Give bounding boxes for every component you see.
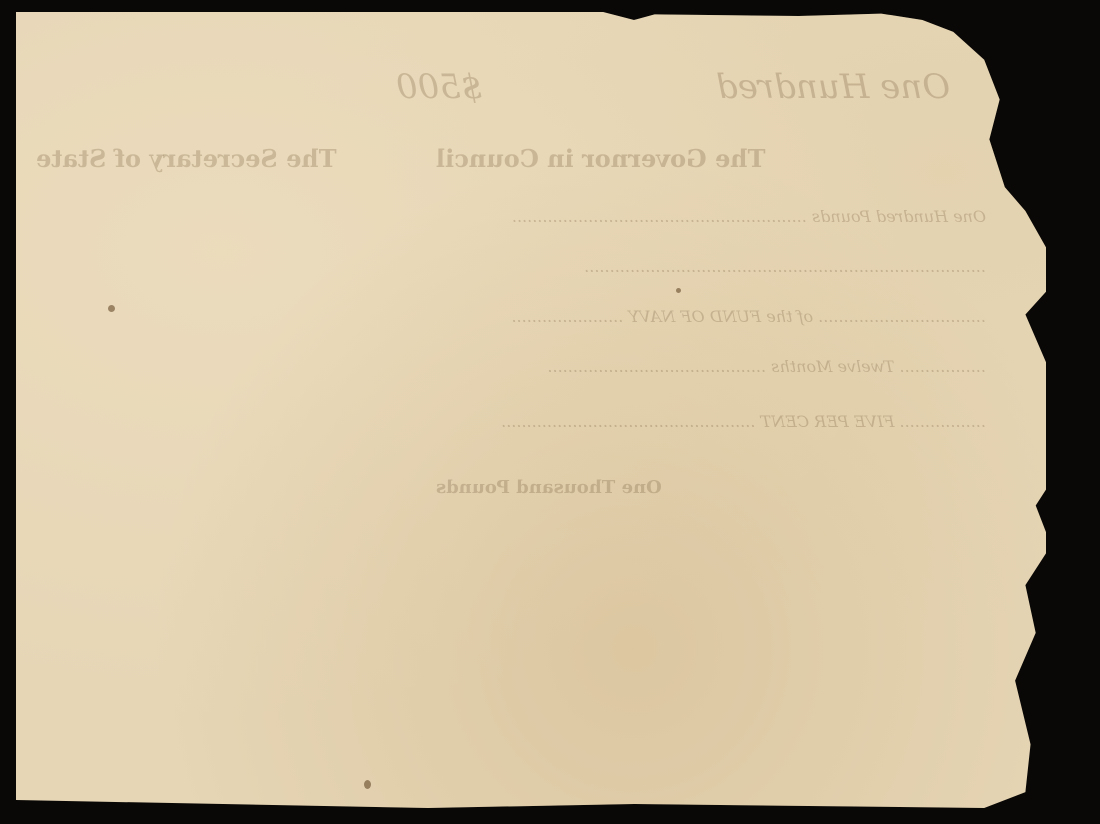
document-paper: One Hundred $500 The Secretary of State … xyxy=(16,12,1046,808)
body-line: ................................. of the… xyxy=(511,307,986,326)
bleed-through-text: One Hundred $500 The Secretary of State … xyxy=(16,12,1046,808)
body-line: ................. FIVE PER CENT ........… xyxy=(501,412,986,431)
ink-spot xyxy=(108,305,115,312)
amount-right: $500 xyxy=(396,67,483,107)
body-line: One Hundred Pounds .....................… xyxy=(512,207,986,226)
body-line: ........................................… xyxy=(584,257,986,276)
ink-spot xyxy=(364,780,371,789)
ink-spot xyxy=(676,288,681,293)
heading-right: The Governor in Council xyxy=(436,144,766,173)
amount-left: One Hundred xyxy=(716,67,950,107)
signature-line: One Thousand Pounds xyxy=(436,477,662,498)
body-line: ................. Twelve Months ........… xyxy=(547,357,986,376)
heading-left: The Secretary of State xyxy=(36,144,337,173)
